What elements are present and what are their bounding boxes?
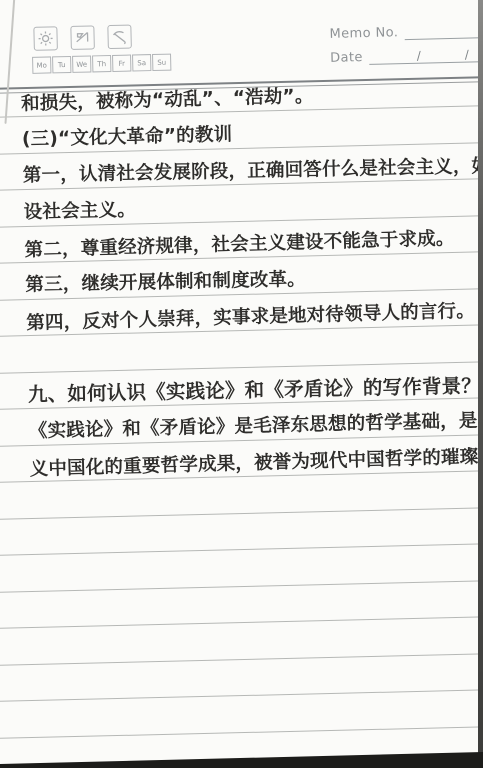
page-content: Mo Tu We Th Fr Sa Su Memo No. Date / / — [0, 0, 483, 768]
cloud-icon — [70, 25, 95, 50]
weekday-box-th: Th — [92, 55, 111, 72]
umbrella-icon — [107, 25, 132, 50]
date-separator-1: / — [417, 49, 421, 63]
date-label: Date — [330, 50, 363, 66]
handwritten-text: 设社会主义。 — [24, 201, 137, 225]
weekday-box-tu: Tu — [52, 56, 71, 73]
notebook-page: Mo Tu We Th Fr Sa Su Memo No. Date / / — [0, 0, 483, 768]
memo-no-blank-line — [404, 21, 481, 40]
memo-header: Memo No. Date / / — [329, 18, 481, 66]
weekday-box-fr: Fr — [112, 55, 131, 72]
sun-icon — [33, 26, 58, 51]
weekday-box-we: We — [72, 55, 91, 72]
memo-no-label: Memo No. — [329, 25, 398, 42]
date-separator-2: / — [465, 48, 469, 62]
weekday-box-mo: Mo — [32, 56, 51, 73]
weekday-box-sa: Sa — [132, 54, 151, 71]
weekday-box-su: Su — [152, 54, 171, 71]
date-blank-line: / / — [369, 45, 482, 65]
writing-area: 和损失，被称为“动乱”、“浩劫”。 (三)“文化大革命”的教训 第一，认清社会发… — [0, 82, 483, 738]
weekday-row: Mo Tu We Th Fr Sa Su — [32, 54, 172, 74]
photo-right-edge — [478, 0, 483, 768]
weather-icons-row — [33, 25, 132, 51]
